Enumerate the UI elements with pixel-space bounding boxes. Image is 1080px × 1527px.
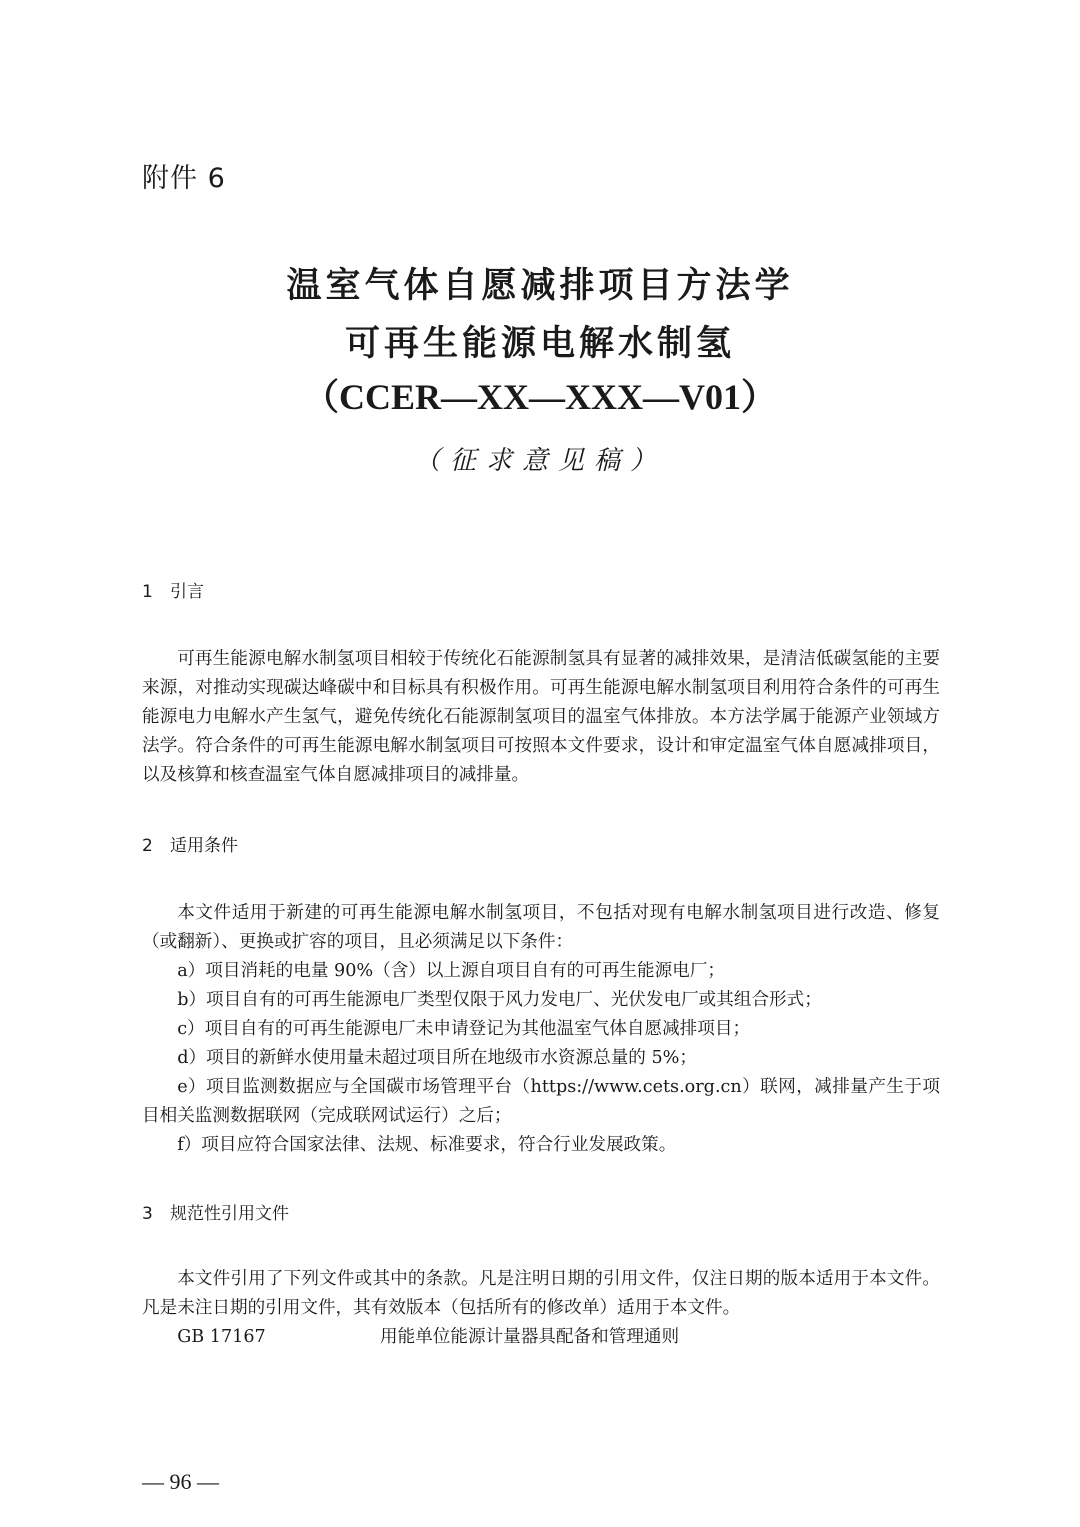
reference-row: GB 17167 用能单位能源计量器具配备和管理通则 [142, 1323, 940, 1352]
paragraph: 可再生能源电解水制氢项目相较于传统化石能源制氢具有显著的减排效果，是清洁低碳氢能… [142, 645, 940, 790]
section-heading-1: 1引言 [142, 577, 204, 602]
section-1-body: 可再生能源电解水制氢项目相较于传统化石能源制氢具有显著的减排效果，是清洁低碳氢能… [142, 645, 940, 790]
section-heading-2: 2适用条件 [142, 831, 238, 856]
condition-item-c: c）项目自有的可再生能源电厂未申请登记为其他温室气体自愿减排项目； [142, 1015, 940, 1044]
section-number: 1 [142, 582, 170, 602]
condition-item-a: a）项目消耗的电量 90%（含）以上源自项目自有的可再生能源电厂； [142, 957, 940, 986]
paragraph: 本文件引用了下列文件或其中的条款。凡是注明日期的引用文件，仅注日期的版本适用于本… [142, 1265, 940, 1323]
condition-item-b: b）项目自有的可再生能源电厂类型仅限于风力发电厂、光伏发电厂或其组合形式； [142, 986, 940, 1015]
paragraph: 本文件适用于新建的可再生能源电解水制氢项目，不包括对现有电解水制氢项目进行改造、… [142, 899, 940, 957]
document-code: （CCER—XX—XXX—V01） [0, 369, 1080, 420]
condition-item-e: e）项目监测数据应与全国碳市场管理平台（https://www.cets.org… [142, 1073, 940, 1131]
section-title: 规范性引用文件 [170, 1204, 289, 1224]
section-number: 2 [142, 836, 170, 856]
document-title-line-2: 可再生能源电解水制氢 [0, 316, 1080, 366]
document-title-line-1: 温室气体自愿减排项目方法学 [0, 258, 1080, 308]
section-heading-3: 3规范性引用文件 [142, 1199, 289, 1224]
section-title: 适用条件 [170, 836, 238, 856]
attachment-label: 附件 6 [142, 156, 226, 195]
section-3-body: 本文件引用了下列文件或其中的条款。凡是注明日期的引用文件，仅注日期的版本适用于本… [142, 1265, 940, 1352]
section-number: 3 [142, 1204, 170, 1224]
page-number: — 96 — [142, 1469, 219, 1495]
section-2-body: 本文件适用于新建的可再生能源电解水制氢项目，不包括对现有电解水制氢项目进行改造、… [142, 899, 940, 1160]
condition-item-d: d）项目的新鲜水使用量未超过项目所在地级市水资源总量的 5%； [142, 1044, 940, 1073]
reference-title: 用能单位能源计量器具配备和管理通则 [380, 1323, 679, 1352]
reference-code: GB 17167 [142, 1323, 380, 1352]
condition-item-f: f）项目应符合国家法律、法规、标准要求，符合行业发展政策。 [142, 1131, 940, 1160]
draft-note: （征求意见稿） [0, 440, 1080, 477]
section-title: 引言 [170, 582, 204, 602]
